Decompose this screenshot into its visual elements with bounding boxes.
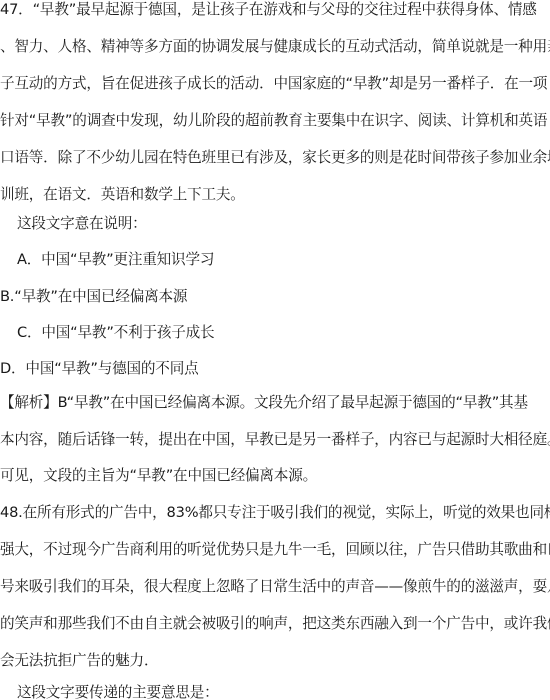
text-line: D．中国“早教”与德国的不同点 xyxy=(0,359,199,379)
text-line: 【解析】B“早教”在中国已经偏离本源。文段先介绍了最早起源于德国的“早教”其基 xyxy=(0,393,528,413)
text-line: 子互动的方式，旨在促进孩子成长的活动．中国家庭的“早教”却是另一番样子．在一项 xyxy=(0,74,547,94)
text-line: 会无法抗拒广告的魅力． xyxy=(0,651,158,671)
text-line: 的笑声和那些我们不由自主就会被吸引的响声，把这类东西融入到一个广告中，或许我们 xyxy=(0,614,550,634)
text-line: 这段文字意在说明： xyxy=(17,214,147,234)
text-line: B.“早教”在中国已经偏离本源 xyxy=(0,287,187,307)
text-line: 强大，不过现今广告商利用的听觉优势只是九牛一毛，回顾以往，广告只借助其歌曲和口 xyxy=(0,540,550,560)
text-line: 、智力、人格、精神等多方面的协调发展与健康成长的互动式活动，简单说就是一种用亲 xyxy=(0,37,550,57)
text-line: 47．“早教”最早起源于德国，是让孩子在游戏和与父母的交往过程中获得身体、情感 xyxy=(0,0,537,20)
text-line: 号来吸引我们的耳朵，很大程度上忽略了日常生活中的声音——像煎牛的的滋滋声，耍几 xyxy=(0,577,550,597)
text-line: A．中国“早教”更注重知识学习 xyxy=(17,250,214,270)
text-line: 本内容，随后话锋一转，提出在中国，早教已是另一番样子，内容已与起源时大相径庭。 xyxy=(0,430,550,450)
text-line: 针对“早教”的调查中发现，幼儿阶段的超前教育主要集中在识字、阅读、计算机和英语 xyxy=(0,111,547,131)
text-line: 训班，在语文．英语和数学上下工夫。 xyxy=(0,185,245,205)
text-line: 48.在所有形式的广告中，83%都只专注于吸引我们的视觉，实际上，听觉的效果也同… xyxy=(0,503,550,523)
text-line: 这段文字要传递的主要意思是： xyxy=(17,683,219,700)
text-line: 口语等．除了不少幼儿园在特色班里已有涉及，家长更多的则是花时间带孩子参加业余培 xyxy=(0,148,550,168)
text-line: C．中国“早教”不利于孩子成长 xyxy=(17,323,214,343)
text-line: 可见，文段的主旨为“早教”在中国已经偏离本源。 xyxy=(0,466,317,486)
